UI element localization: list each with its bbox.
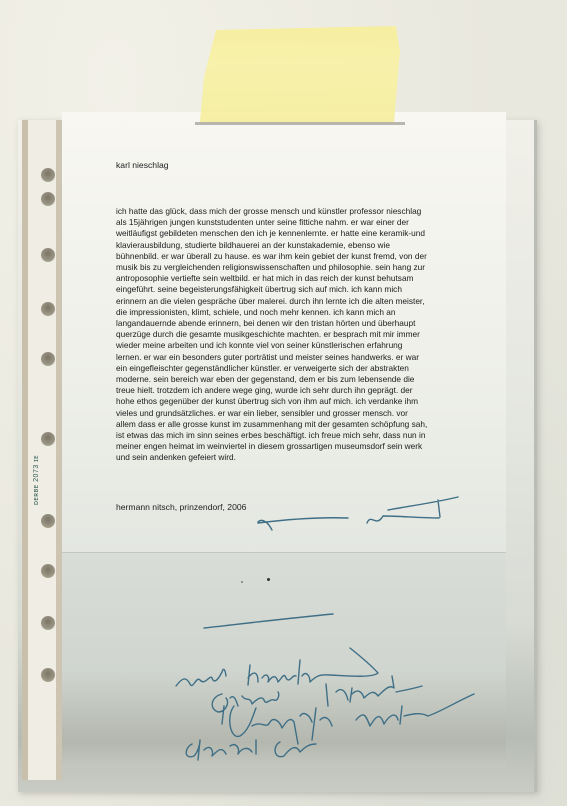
letter-heading: karl nieschlag [116, 160, 496, 170]
letter-body: ich hatte das glück, dass mich der gross… [116, 206, 496, 464]
punch-hole [41, 302, 55, 316]
sleeve-strip-label: ᴅᴇʀʙᴇ 2073 ɪᴇ [33, 455, 40, 505]
punched-binder-strip [22, 120, 62, 780]
punch-hole [41, 514, 55, 528]
punch-hole [41, 192, 55, 206]
punch-hole [41, 248, 55, 262]
typed-letter: karl nieschlag ich hatte das glück, dass… [116, 160, 496, 464]
speck [267, 578, 270, 581]
punch-hole [41, 668, 55, 682]
tape-shadow [195, 122, 405, 125]
lower-paper-section [62, 552, 506, 768]
signature-line: hermann nitsch, prinzendorf, 2006 [116, 502, 246, 512]
punch-hole [41, 432, 55, 446]
punch-hole [41, 564, 55, 578]
masking-tape [200, 22, 400, 122]
punch-hole [41, 168, 55, 182]
punch-hole [41, 352, 55, 366]
punch-hole [41, 616, 55, 630]
speck [241, 581, 243, 583]
